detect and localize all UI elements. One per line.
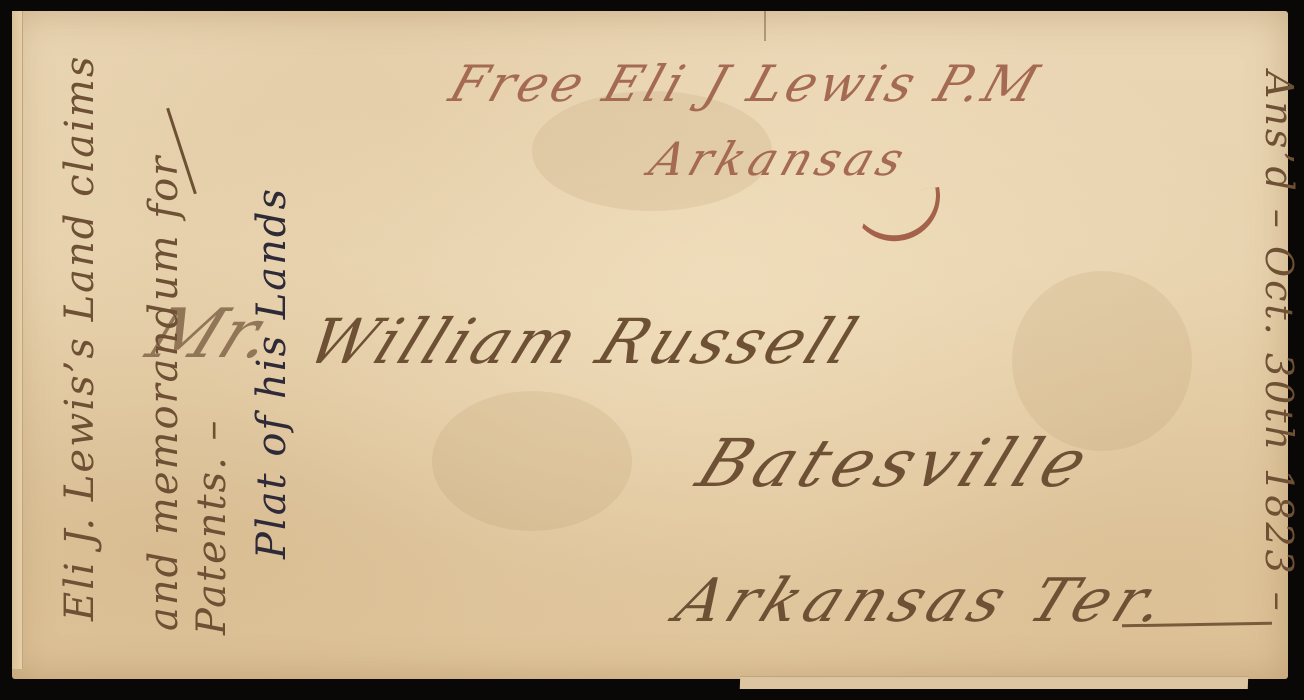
photo-stage: Free Eli J Lewis P.M Arkansas Mr. Willia… — [0, 0, 1304, 700]
docket-note-line: Plat of his Lands — [252, 187, 292, 559]
paper-stain — [1012, 271, 1192, 451]
postmark-town: Arkansas — [645, 136, 915, 182]
postmark-flourish — [849, 187, 946, 247]
docket-note-line: Eli J. Lewis’s Land claims — [60, 55, 100, 621]
address-name: William Russell — [299, 311, 868, 373]
postmark-free-frank: Free Eli J Lewis P.M — [444, 59, 1048, 109]
paper-crease — [764, 11, 766, 41]
address-town: Batesville — [689, 431, 1103, 497]
address-territory: Arkansas Ter. — [668, 571, 1181, 631]
paper-stain — [432, 391, 632, 531]
docket-answered-date: Ans’d – Oct. 30th 1823 – — [1260, 71, 1298, 614]
docket-note-line: and memorandum for — [144, 155, 184, 631]
docket-note-line: Patents. – — [192, 418, 232, 635]
envelope: Free Eli J Lewis P.M Arkansas Mr. Willia… — [12, 11, 1288, 679]
